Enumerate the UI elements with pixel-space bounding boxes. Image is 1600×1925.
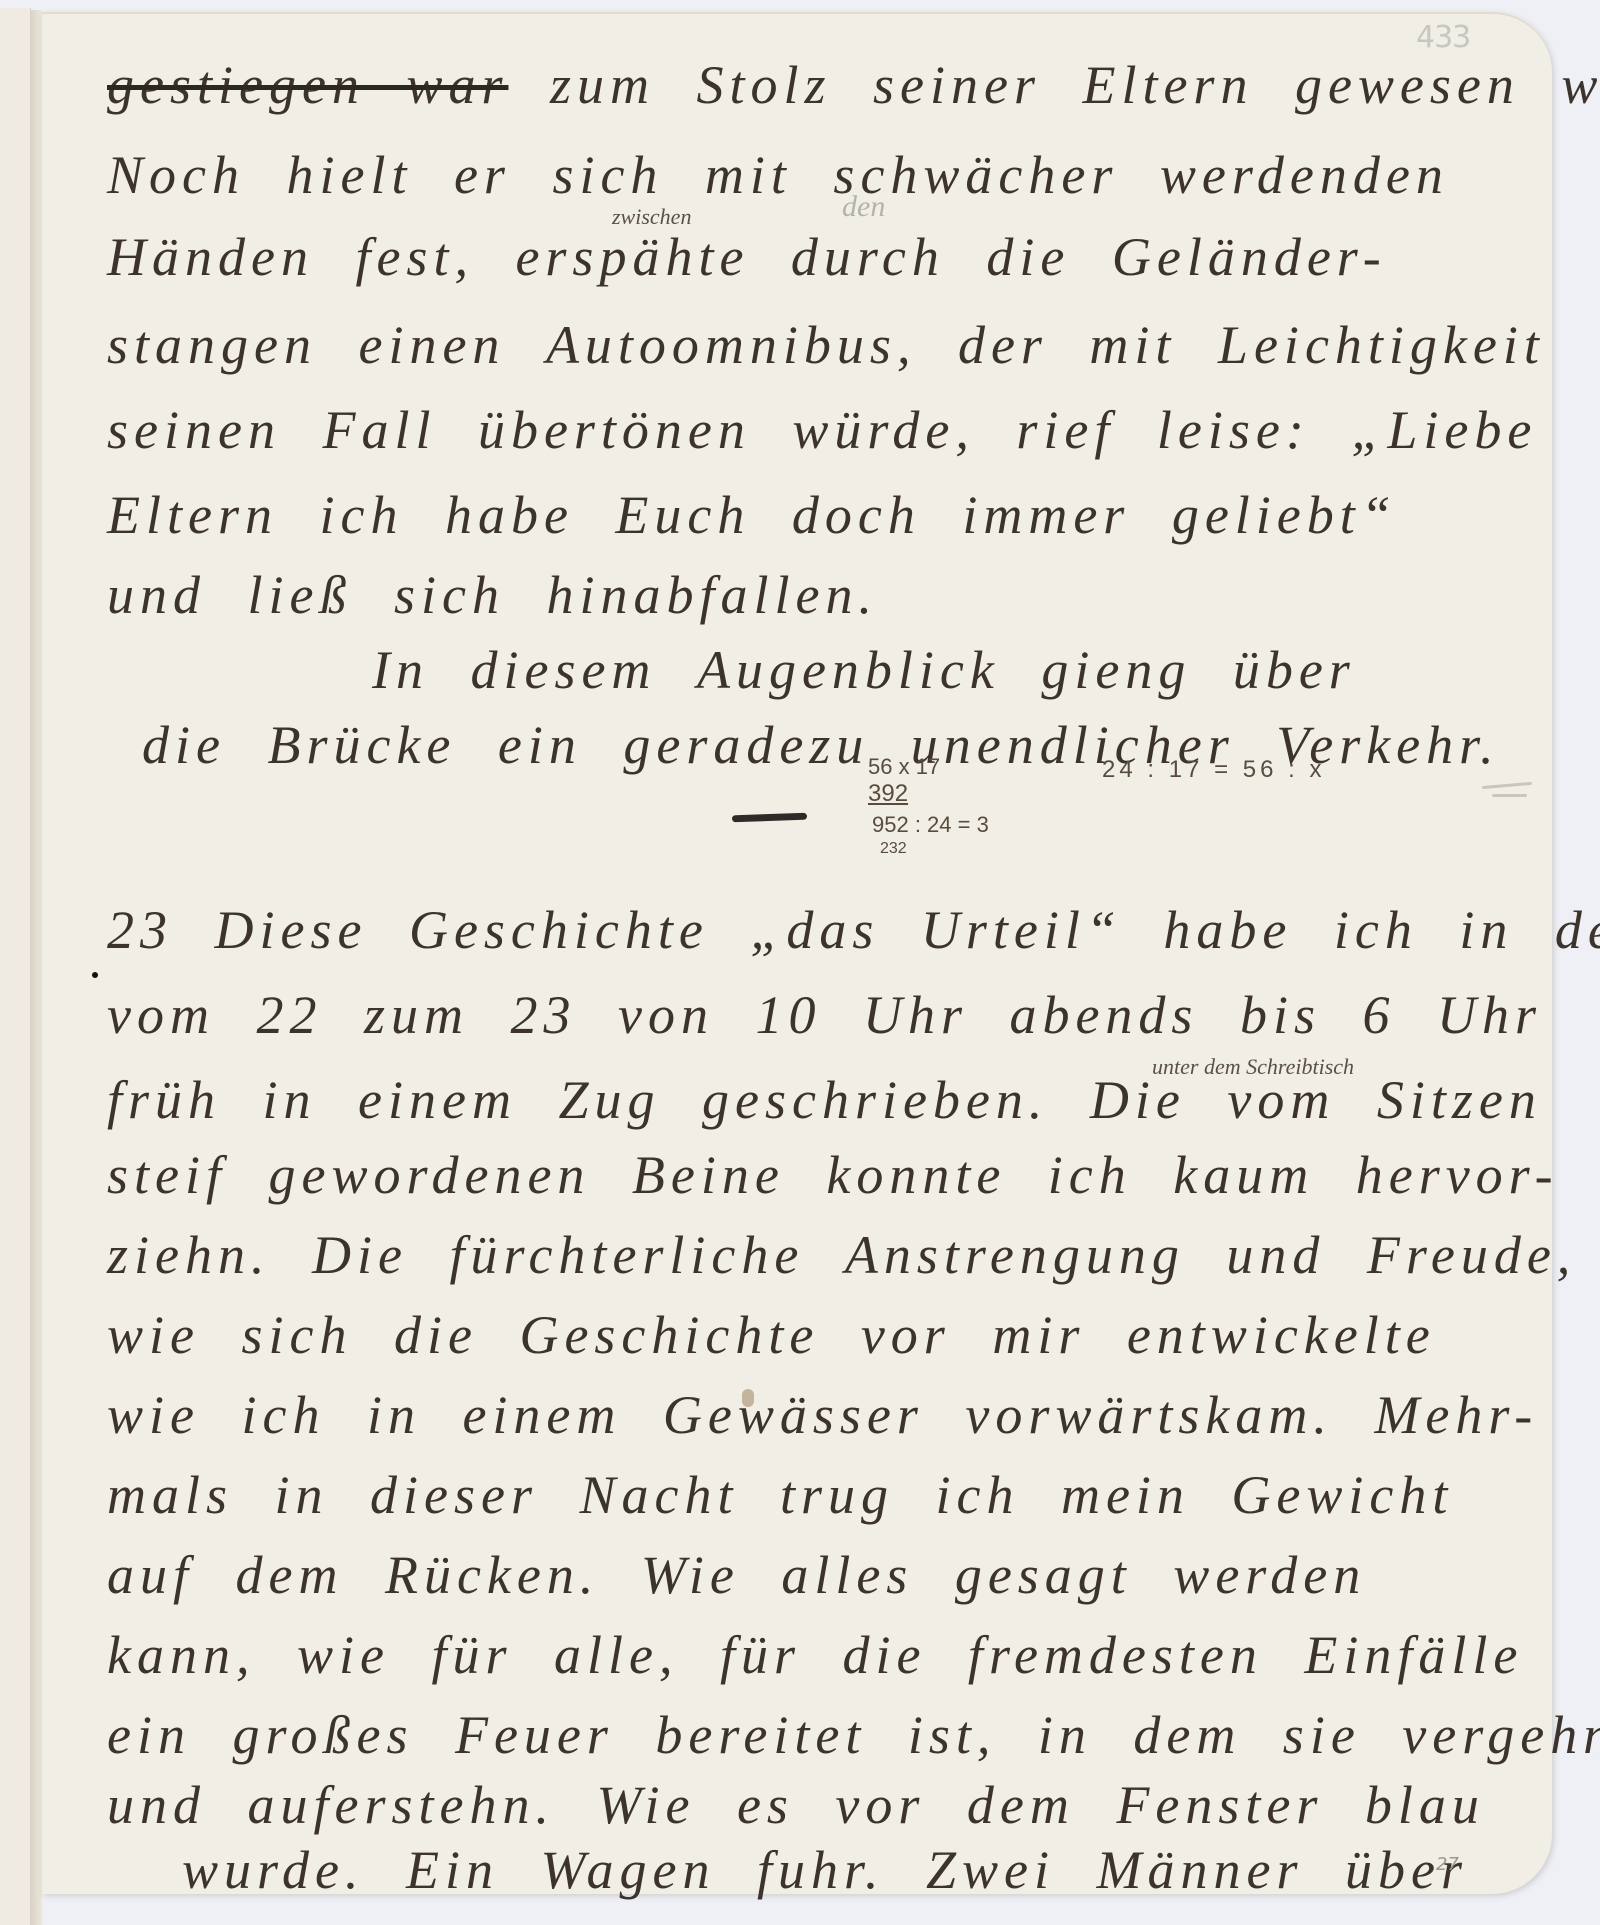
manuscript-line-11: vom 22 zum 23 von 10 Uhr abends bis 6 Uh… xyxy=(107,984,1542,1046)
manuscript-line-7: und ließ sich hinabfallen. xyxy=(107,564,878,626)
manuscript-line-8: In diesem Augenblick gieng über xyxy=(372,639,1356,701)
manuscript-line-1: gestiegen war zum Stolz seiner Eltern ge… xyxy=(107,54,1600,116)
manuscript-line-19: kann, wie für alle, für die fremdesten E… xyxy=(107,1624,1523,1686)
margin-mark xyxy=(1492,794,1527,797)
manuscript-line-13: steif gewordenen Beine konnte ich kaum h… xyxy=(107,1144,1559,1206)
section-divider-dash xyxy=(732,813,807,823)
manuscript-line-2: Noch hielt er sich mit schwächer werdend… xyxy=(107,144,1449,206)
ink-dot xyxy=(92,972,98,978)
manuscript-line-5: seinen Fall übertönen würde, rief leise:… xyxy=(107,399,1537,461)
manuscript-line-18: auf dem Rücken. Wie alles gesagt werden xyxy=(107,1544,1366,1606)
manuscript-line-20: ein großes Feuer bereitet ist, in dem si… xyxy=(107,1704,1600,1766)
struck-words: gestiegen war xyxy=(107,55,508,115)
margin-mark xyxy=(1482,782,1532,789)
left-page-edge xyxy=(0,8,31,1925)
manuscript-line-12: früh in einem Zug geschrieben. Die vom S… xyxy=(107,1069,1542,1131)
manuscript-line-3: Händen fest, erspähte durch die Geländer… xyxy=(107,226,1387,288)
manuscript-line-15: wie sich die Geschichte vor mir entwicke… xyxy=(107,1304,1436,1366)
pencil-insertion: den xyxy=(842,190,885,224)
archive-page-number: 433 xyxy=(1416,20,1470,55)
manuscript-line-4: stangen einen Autoomnibus, der mit Leich… xyxy=(107,314,1545,376)
notebook-page-number: 27 xyxy=(1436,1854,1459,1875)
manuscript-line-6: Eltern ich habe Euch doch immer geliebt“ xyxy=(107,484,1397,546)
book-gutter xyxy=(30,10,42,1925)
manuscript-line-17: mals in dieser Nacht trug ich mein Gewic… xyxy=(107,1464,1453,1526)
manuscript-line-14: ziehn. Die fürchterliche Anstrengung und… xyxy=(107,1224,1576,1286)
manuscript-line-21: und auferstehn. Wie es vor dem Fenster b… xyxy=(107,1774,1485,1836)
manuscript-line-22: wurde. Ein Wagen fuhr. Zwei Männer über xyxy=(182,1839,1468,1901)
manuscript-line-10: 23 Diese Geschichte „das Urteil“ habe ic… xyxy=(107,899,1600,961)
manuscript-line-16: wie ich in einem Gewässer vorwärtskam. M… xyxy=(107,1384,1538,1446)
manuscript-page: 433 gestiegen war zum Stolz seiner Elter… xyxy=(42,12,1552,1894)
